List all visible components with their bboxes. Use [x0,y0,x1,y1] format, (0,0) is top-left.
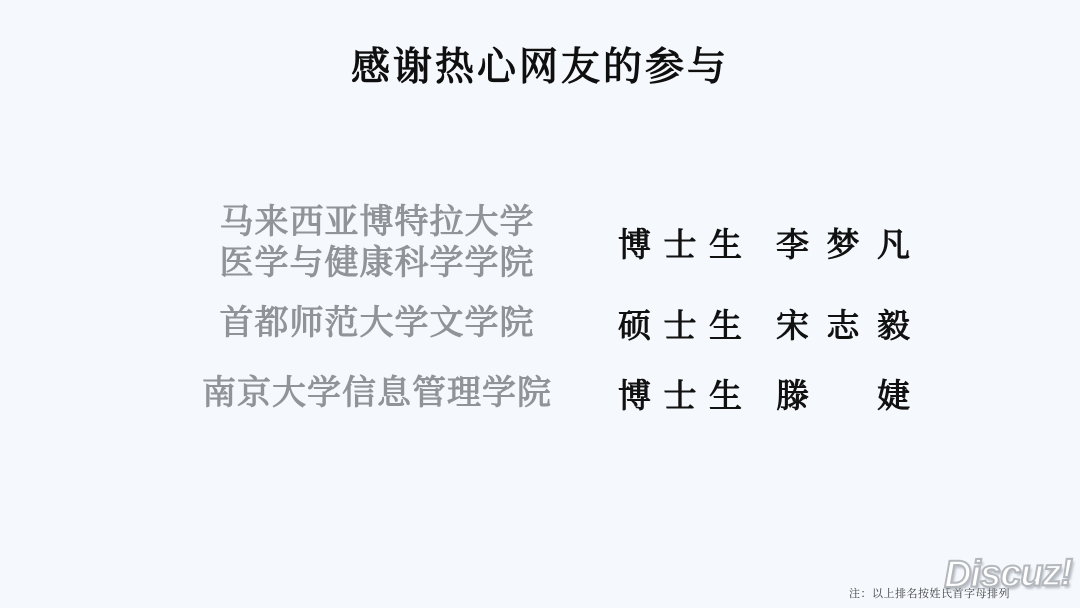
slide-title: 感谢热心网友的参与 [0,36,1080,92]
degree-char: 博 [618,219,651,266]
person-name: 李 梦 凡 [776,219,910,266]
degree-char: 生 [709,300,742,347]
person-name: 滕 婕 [776,370,910,417]
degree-char: 硕 [618,300,651,347]
person-name: 宋 志 毅 [776,300,910,347]
slide-canvas: 感谢热心网友的参与 马来西亚博特拉大学 医学与健康科学学院 博 士 生 李 梦 … [0,0,1080,608]
degree-label: 博 士 生 [618,219,742,266]
degree-char: 士 [664,300,697,347]
name-char: 滕 [776,370,809,417]
institution-name-cnu: 首都师范大学文学院 [165,303,589,344]
institution-name-nju: 南京大学信息管理学院 [165,373,589,414]
name-char: 梦 [827,219,860,266]
name-char: 毅 [877,300,910,347]
name-char: 婕 [877,370,910,417]
name-char: 志 [827,300,860,347]
name-char: 李 [776,219,809,266]
institution-line: 马来西亚博特拉大学 [165,202,589,243]
degree-char: 士 [664,370,697,417]
institution-line: 首都师范大学文学院 [165,303,589,344]
degree-char: 博 [618,370,651,417]
name-char: 宋 [776,300,809,347]
discuz-watermark: Discuz! [944,552,1073,597]
institution-line: 南京大学信息管理学院 [165,373,589,414]
institution-line: 医学与健康科学学院 [165,243,589,284]
person-entry-teng-jie: 博 士 生 滕 婕 [618,375,910,411]
degree-label: 博 士 生 [618,370,742,417]
degree-label: 硕 士 生 [618,300,742,347]
degree-char: 生 [709,219,742,266]
name-char: 凡 [877,219,910,266]
degree-char: 生 [709,370,742,417]
degree-char: 士 [664,219,697,266]
person-entry-li-mengfan: 博 士 生 李 梦 凡 [618,224,910,260]
person-entry-song-zhiyi: 硕 士 生 宋 志 毅 [618,305,910,341]
institution-name-upm: 马来西亚博特拉大学 医学与健康科学学院 [165,202,589,284]
